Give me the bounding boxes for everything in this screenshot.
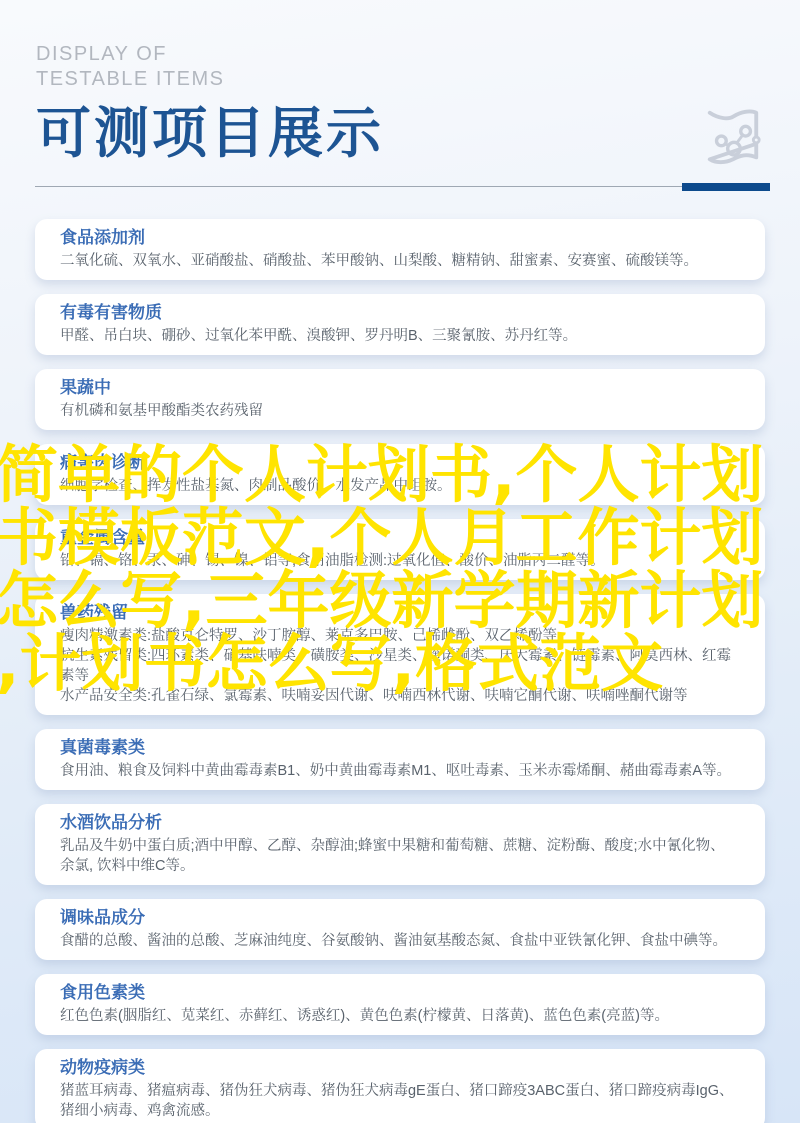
test-item-card: 重金属含量 铅、镉、铬、汞、砷、锡、镍、铝等,食用油脂检测:过氧化值、酸价、油脂… bbox=[35, 519, 765, 580]
test-item-card: 果蔬中 有机磷和氨基甲酸酯类农药残留 bbox=[35, 369, 765, 430]
header-divider bbox=[30, 182, 770, 191]
card-title: 病害肉诊断 bbox=[60, 452, 740, 473]
card-title: 兽药残留 bbox=[60, 602, 740, 623]
test-item-card: 调味品成分 食醋的总酸、酱油的总酸、芝麻油纯度、谷氨酸钠、酱油氨基酸态氮、食盐中… bbox=[35, 899, 765, 960]
english-subtitle: DISPLAY OF TESTABLE ITEMS bbox=[36, 42, 770, 92]
card-text-line: 抗生素残留类:四环素类、硝基呋喃类、磺胺类、沙星类、喹诺酮类、庆大霉素、链霉素、… bbox=[60, 646, 740, 686]
card-title: 水酒饮品分析 bbox=[60, 812, 740, 833]
card-text-line: 二氧化硫、双氧水、亚硝酸盐、硝酸盐、苯甲酸钠、山梨酸、糖精钠、甜蜜素、安赛蜜、硫… bbox=[60, 251, 740, 271]
test-item-card: 真菌毒素类 食用油、粮食及饲料中黄曲霉毒素B1、奶中黄曲霉毒素M1、呕吐毒素、玉… bbox=[35, 729, 765, 790]
card-text-line: 食用油、粮食及饲料中黄曲霉毒素B1、奶中黄曲霉毒素M1、呕吐毒素、玉米赤霉烯酮、… bbox=[60, 761, 740, 781]
card-title: 动物疫病类 bbox=[60, 1057, 740, 1078]
english-subtitle-line1: DISPLAY OF bbox=[36, 42, 770, 67]
test-item-card: 动物疫病类 猪蓝耳病毒、猪瘟病毒、猪伪狂犬病毒、猪伪狂犬病毒gE蛋白、猪口蹄疫3… bbox=[35, 1049, 765, 1123]
card-text-line: 细胞学检查、挥发性盐基氮、肉制品酸价、水发产品中组胺。 bbox=[60, 476, 740, 496]
page-title: 可测项目展示 bbox=[36, 102, 770, 164]
card-text-line: 食醋的总酸、酱油的总酸、芝麻油纯度、谷氨酸钠、酱油氨基酸态氮、食盐中亚铁氰化钾、… bbox=[60, 931, 740, 951]
card-text-line: 红色色素(胭脂红、苋菜红、赤藓红、诱惑红)、黄色色素(柠檬黄、日落黄)、蓝色色素… bbox=[60, 1006, 740, 1026]
card-text-line: 有机磷和氨基甲酸酯类农药残留 bbox=[60, 401, 740, 421]
card-text-line: 水产品安全类:孔雀石绿、氯霉素、呋喃妥因代谢、呋喃西林代谢、呋喃它酮代谢、呋喃唑… bbox=[60, 686, 740, 706]
card-text-line: 铅、镉、铬、汞、砷、锡、镍、铝等,食用油脂检测:过氧化值、酸价、油脂丙二醛等。 bbox=[60, 551, 740, 571]
card-title: 食品添加剂 bbox=[60, 227, 740, 248]
testable-items-list: 食品添加剂 二氧化硫、双氧水、亚硝酸盐、硝酸盐、苯甲酸钠、山梨酸、糖精钠、甜蜜素… bbox=[0, 191, 800, 1123]
card-text-line: 猪细小病毒、鸡禽流感。 bbox=[60, 1101, 740, 1121]
card-text-line: 瘦肉精激素类:盐酸克仑特罗、沙丁胺醇、莱克多巴胺、己烯雌酚、双乙烯酚等 bbox=[60, 626, 740, 646]
card-title: 食用色素类 bbox=[60, 982, 740, 1003]
test-item-card: 有毒有害物质 甲醛、吊白块、硼砂、过氧化苯甲酰、溴酸钾、罗丹明B、三聚氰胺、苏丹… bbox=[35, 294, 765, 355]
card-title: 真菌毒素类 bbox=[60, 737, 740, 758]
card-title: 果蔬中 bbox=[60, 377, 740, 398]
test-item-card: 食用色素类 红色色素(胭脂红、苋菜红、赤藓红、诱惑红)、黄色色素(柠檬黄、日落黄… bbox=[35, 974, 765, 1035]
card-text-line: 甲醛、吊白块、硼砂、过氧化苯甲酰、溴酸钾、罗丹明B、三聚氰胺、苏丹红等。 bbox=[60, 326, 740, 346]
card-text-line: 猪蓝耳病毒、猪瘟病毒、猪伪狂犬病毒、猪伪狂犬病毒gE蛋白、猪口蹄疫3ABC蛋白、… bbox=[60, 1081, 740, 1101]
header: DISPLAY OF TESTABLE ITEMS 可测项目展示 bbox=[0, 0, 800, 164]
test-item-card: 病害肉诊断 细胞学检查、挥发性盐基氮、肉制品酸价、水发产品中组胺。 bbox=[35, 444, 765, 505]
divider-line bbox=[35, 186, 770, 187]
card-title: 调味品成分 bbox=[60, 907, 740, 928]
test-item-card: 食品添加剂 二氧化硫、双氧水、亚硝酸盐、硝酸盐、苯甲酸钠、山梨酸、糖精钠、甜蜜素… bbox=[35, 219, 765, 280]
divider-accent-bar bbox=[682, 183, 770, 191]
card-title: 有毒有害物质 bbox=[60, 302, 740, 323]
card-text-line: 余氯, 饮料中维C等。 bbox=[60, 856, 740, 876]
english-subtitle-line2: TESTABLE ITEMS bbox=[36, 67, 770, 92]
test-item-card: 水酒饮品分析 乳品及牛奶中蛋白质;酒中甲醇、乙醇、杂醇油;蜂蜜中果糖和葡萄糖、蔗… bbox=[35, 804, 765, 885]
card-title: 重金属含量 bbox=[60, 527, 740, 548]
card-text-line: 乳品及牛奶中蛋白质;酒中甲醇、乙醇、杂醇油;蜂蜜中果糖和葡萄糖、蔗糖、淀粉酶、酸… bbox=[60, 836, 740, 856]
certificate-molecule-icon bbox=[702, 104, 764, 170]
test-item-card: 兽药残留 瘦肉精激素类:盐酸克仑特罗、沙丁胺醇、莱克多巴胺、己烯雌酚、双乙烯酚等… bbox=[35, 594, 765, 715]
